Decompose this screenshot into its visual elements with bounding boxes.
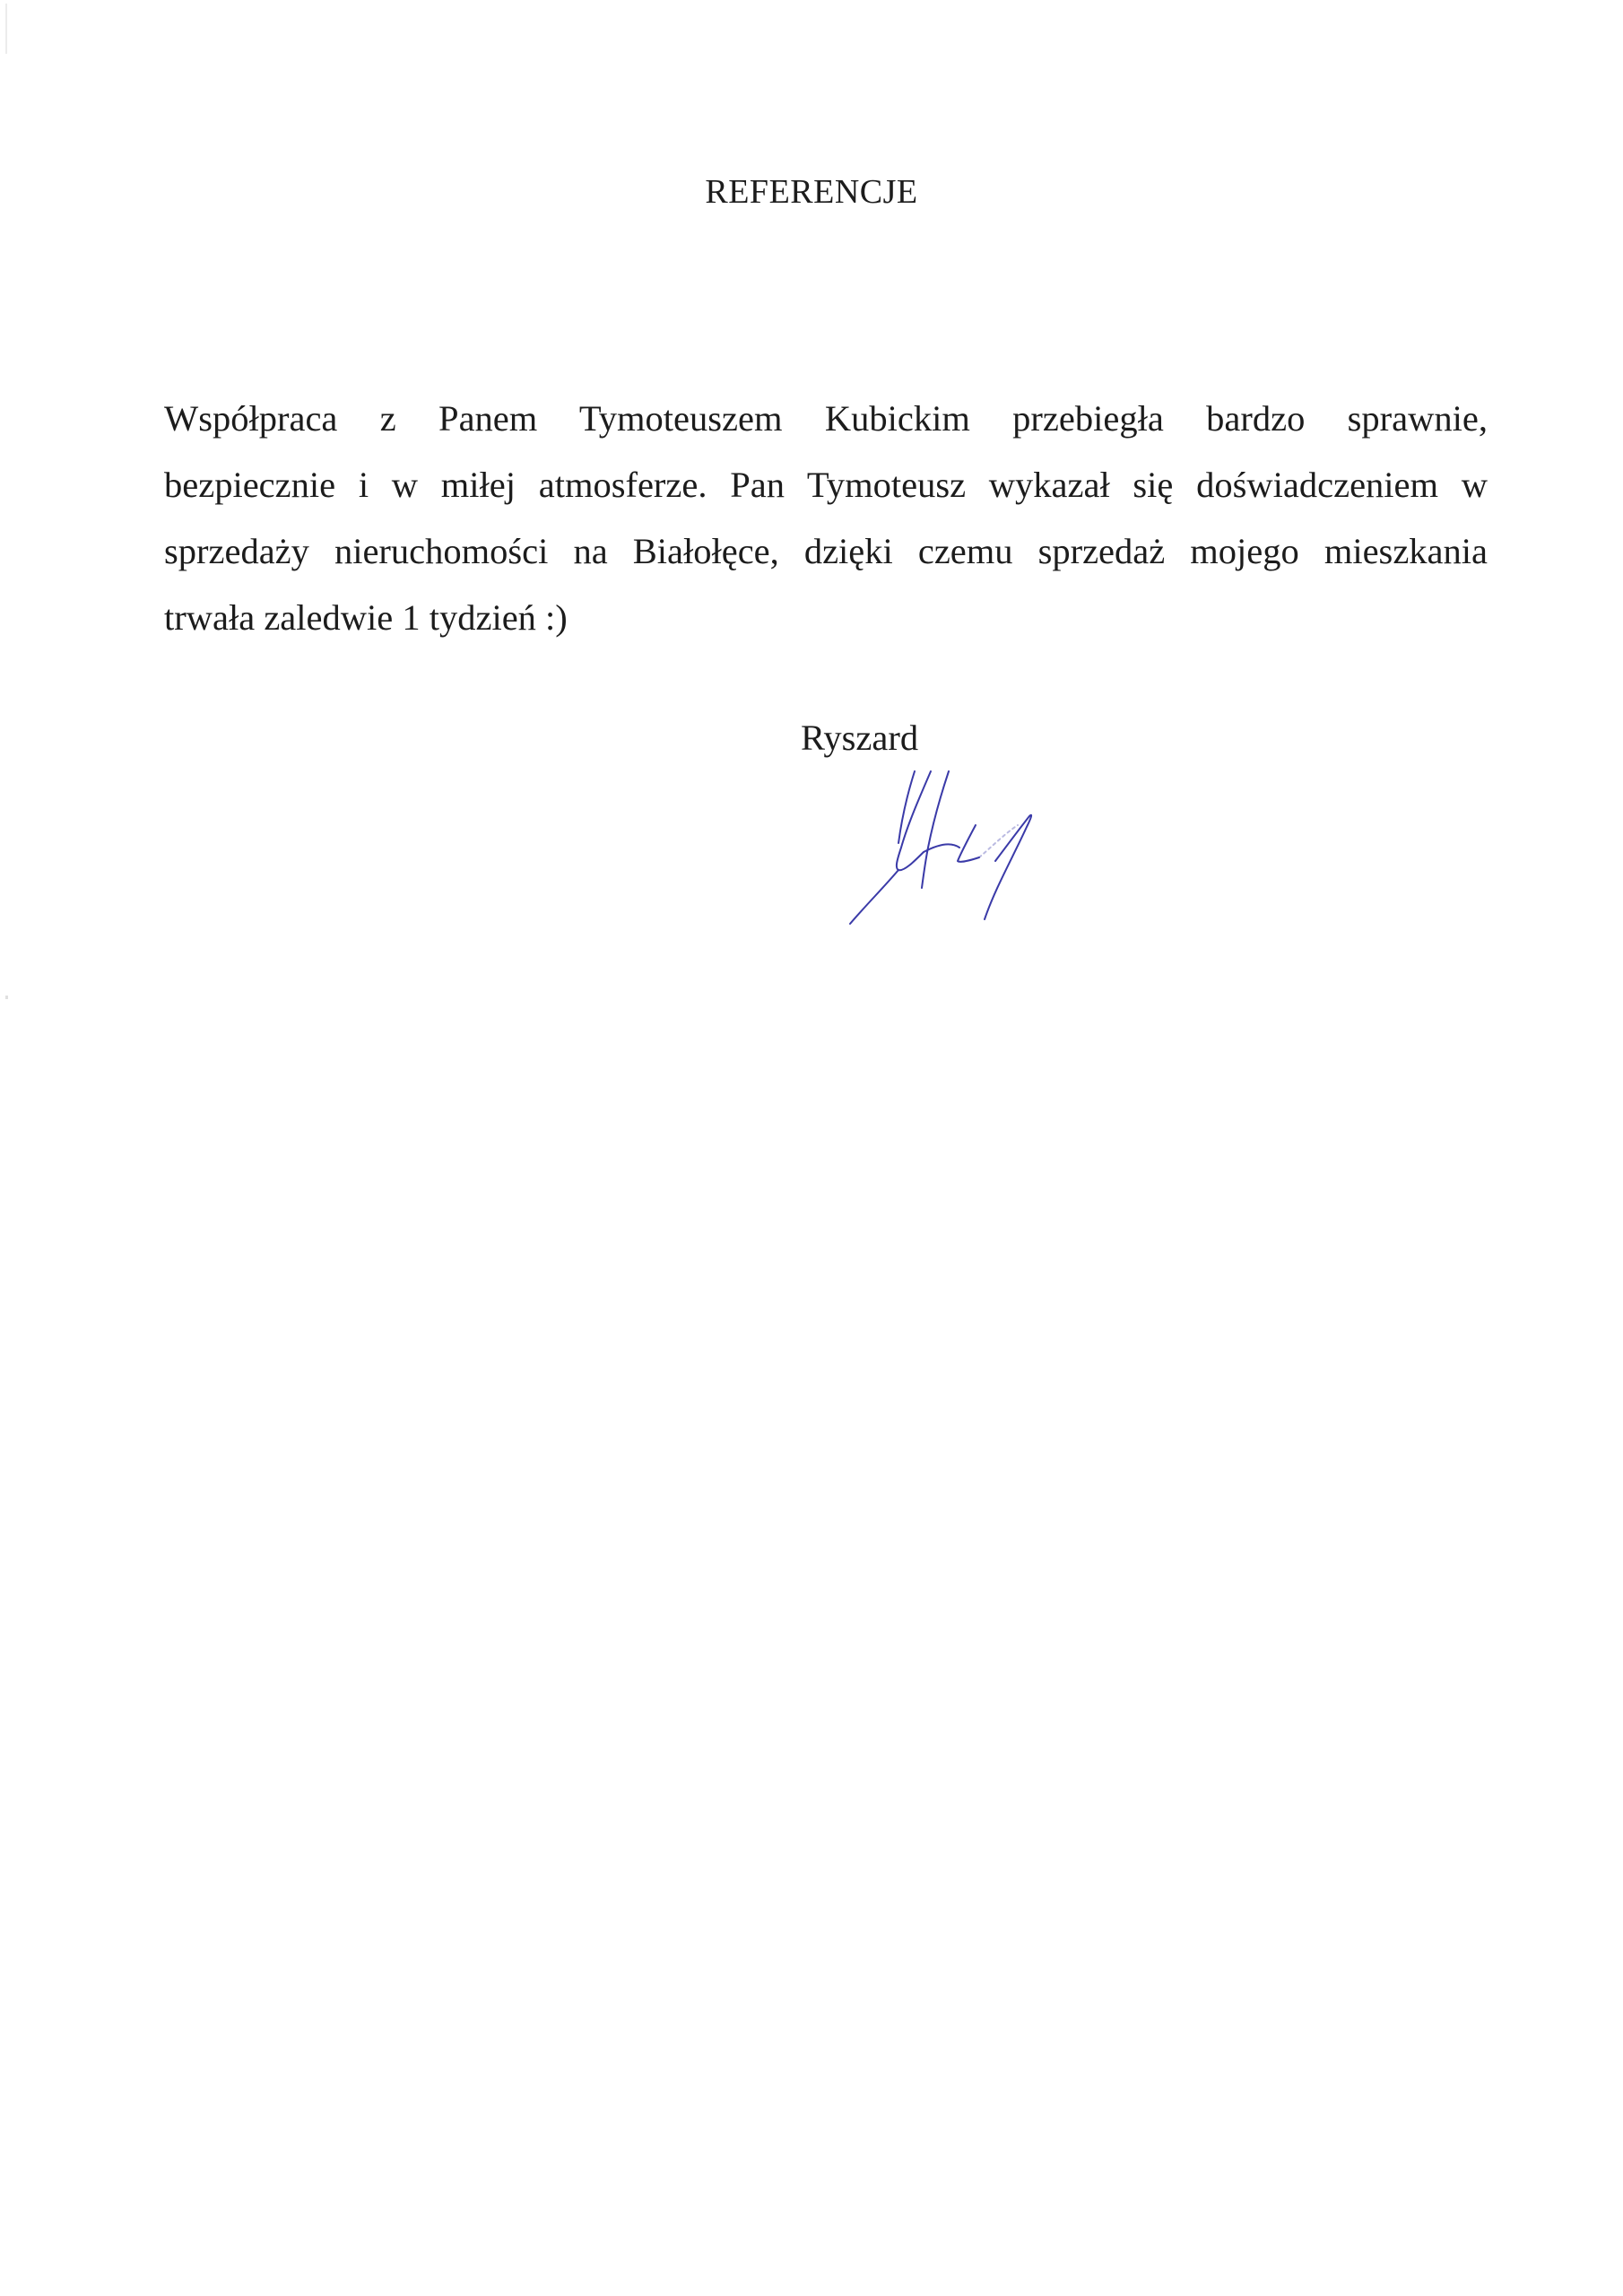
handwritten-signature-icon bbox=[834, 762, 1049, 933]
document-title: REFERENCJE bbox=[0, 170, 1623, 213]
paragraph-line: trwała zaledwie 1 tydzień :) bbox=[164, 585, 1488, 651]
reference-paragraph: Współpraca z Panem Tymoteuszem Kubickim … bbox=[164, 386, 1488, 651]
paragraph-line: Współpraca z Panem Tymoteuszem Kubickim … bbox=[164, 386, 1488, 452]
scan-artifact bbox=[5, 4, 7, 54]
scan-artifact bbox=[5, 996, 8, 999]
signer-name: Ryszard bbox=[801, 716, 918, 761]
document-page: REFERENCJE Współpraca z Panem Tymoteusze… bbox=[0, 0, 1623, 2296]
paragraph-line: sprzedaży nieruchomości na Białołęce, dz… bbox=[164, 518, 1488, 585]
paragraph-line: bezpiecznie i w miłej atmosferze. Pan Ty… bbox=[164, 452, 1488, 518]
